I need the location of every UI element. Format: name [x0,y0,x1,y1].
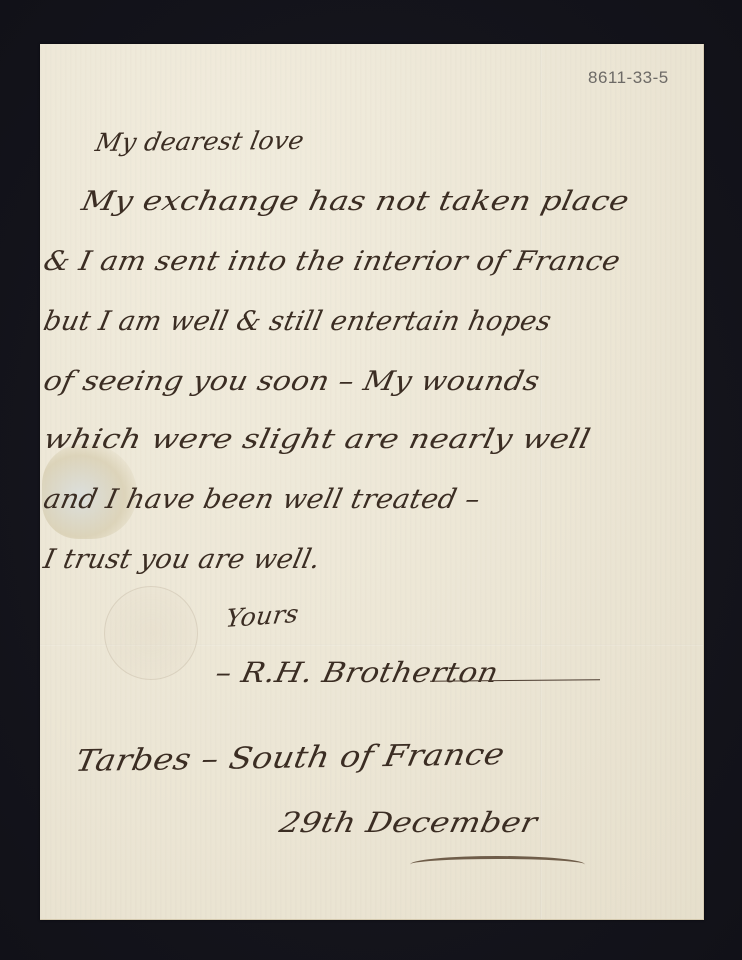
body-line: My exchange has not taken place [79,186,632,217]
seal-impression [104,586,198,680]
body-line: and I have been well treated – [41,484,483,515]
closing: Yours [224,599,301,633]
salutation: My dearest love [93,126,307,157]
date-flourish [410,856,585,873]
body-line: which were slight are nearly well [41,424,594,455]
date: 29th December [276,806,540,839]
document-viewer: 8611-33-5 My dearest love My exchange ha… [0,0,742,960]
signature-underline [430,679,600,681]
signature: – R.H. Brotherton [212,656,501,689]
body-line: of seeing you soon – My wounds [41,366,543,397]
body-line: but I am well & still entertain hopes [41,306,555,337]
archive-reference-number: 8611-33-5 [588,68,669,88]
vertical-fold-line [540,44,542,919]
body-line: & I am sent into the interior of France [41,246,623,277]
letter-page: 8611-33-5 My dearest love My exchange ha… [40,44,704,920]
body-line: I trust you are well. [41,544,324,575]
place-of-writing: Tarbes – South of France [73,737,508,779]
